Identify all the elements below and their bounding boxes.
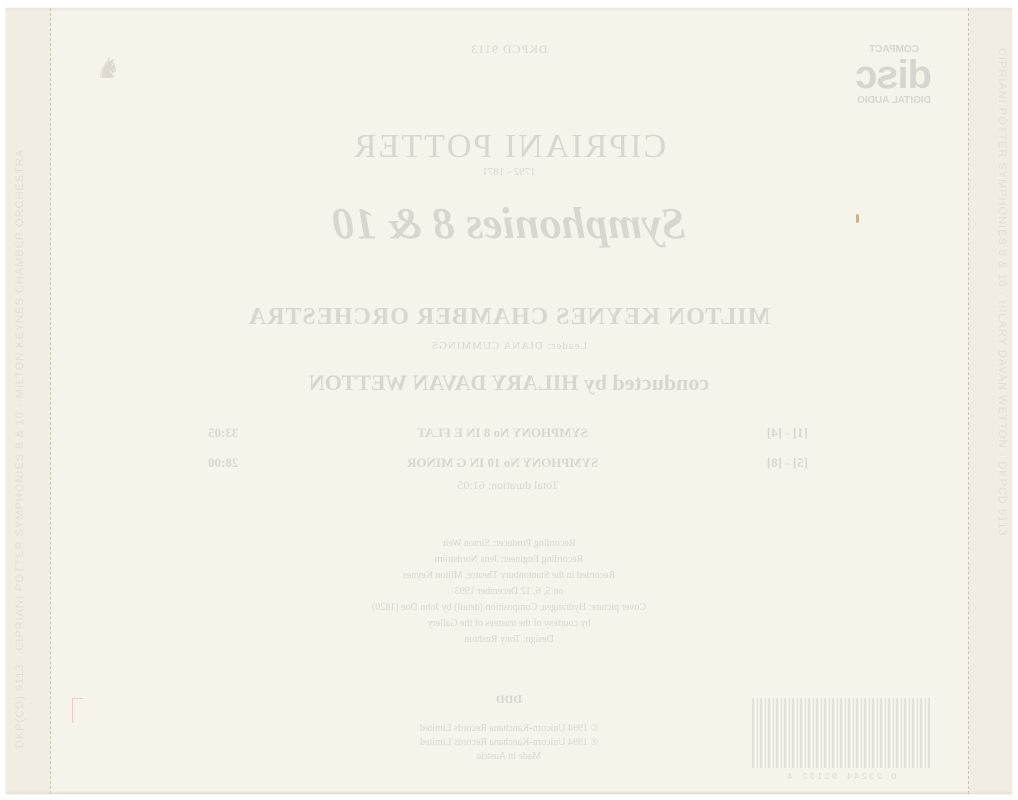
- right-fold-perforation: [968, 8, 969, 794]
- paper-speck: [856, 214, 859, 223]
- credit-line: by courtesy of the trustees of the Galle…: [50, 616, 968, 632]
- show-through-content: DKPCD 9113 CIPRIANI POTTER 1792 - 1871 S…: [50, 8, 968, 794]
- credit-line: Cover picture: Hydrangea, Composition (d…: [50, 600, 968, 616]
- credit-line: Recording Engineer: Jens Nordström: [50, 552, 968, 568]
- unicorn-logo-icon: ♞: [68, 52, 148, 112]
- barcode: [752, 698, 930, 768]
- barcode-number: 0 23244 91132 4: [752, 772, 930, 782]
- track-duration: 33:05: [208, 425, 238, 441]
- composer-name: CIPRIANI POTTER: [50, 128, 968, 166]
- inlay-sheet: DKP(CD) 9113 · CIPRIANI POTTER SYMPHONIE…: [6, 8, 1012, 794]
- credit-line: Design: Tony Rushton: [50, 632, 968, 648]
- track-row: [1] - [4] SYMPHONY No 8 IN E FLAT 33:05: [208, 418, 808, 448]
- credit-line: Recording Producer: Simon Weir: [50, 536, 968, 552]
- track-row: [5] - [8] SYMPHONY No 10 IN G MINOR 28:0…: [208, 448, 808, 478]
- credit-line: on 5, 6, 12 December 1993: [50, 584, 968, 600]
- leader-name: Leader: DIANA CUMMINGS: [50, 340, 968, 352]
- conductor-name: conducted by HILARY DAVAN WETTON: [50, 370, 968, 396]
- catalogue-number: DKPCD 9113: [50, 42, 968, 57]
- track-range: [5] - [8]: [767, 455, 808, 471]
- credits-block: Recording Producer: Simon Weir Recording…: [50, 536, 968, 648]
- composer-dates: 1792 - 1871: [50, 166, 968, 178]
- credit-line: Recorded in the Stantonbury Theatre, Mil…: [50, 568, 968, 584]
- orchestra-name: MILTON KEYNES CHAMBER ORCHESTRA: [50, 304, 968, 331]
- total-duration: Total duration: 61:05: [208, 478, 808, 493]
- right-spine-text: CIPRIANI POTTER SYMPHONIES 8 & 10 · HILA…: [978, 48, 1008, 748]
- pen-mark: [72, 698, 83, 723]
- compact-disc-logo: COMPACT disc DIGITAL AUDIO: [842, 44, 946, 136]
- track-range: [1] - [4]: [767, 425, 808, 441]
- work-title: Symphonies 8 & 10: [50, 198, 968, 249]
- track-title: SYMPHONY No 8 IN E FLAT: [417, 425, 588, 441]
- left-spine-text: DKP(CD) 9113 · CIPRIANI POTTER SYMPHONIE…: [14, 48, 44, 748]
- track-list: [1] - [4] SYMPHONY No 8 IN E FLAT 33:05 …: [208, 418, 808, 493]
- track-duration: 28:00: [208, 455, 238, 471]
- track-title: SYMPHONY No 10 IN G MINOR: [407, 455, 598, 471]
